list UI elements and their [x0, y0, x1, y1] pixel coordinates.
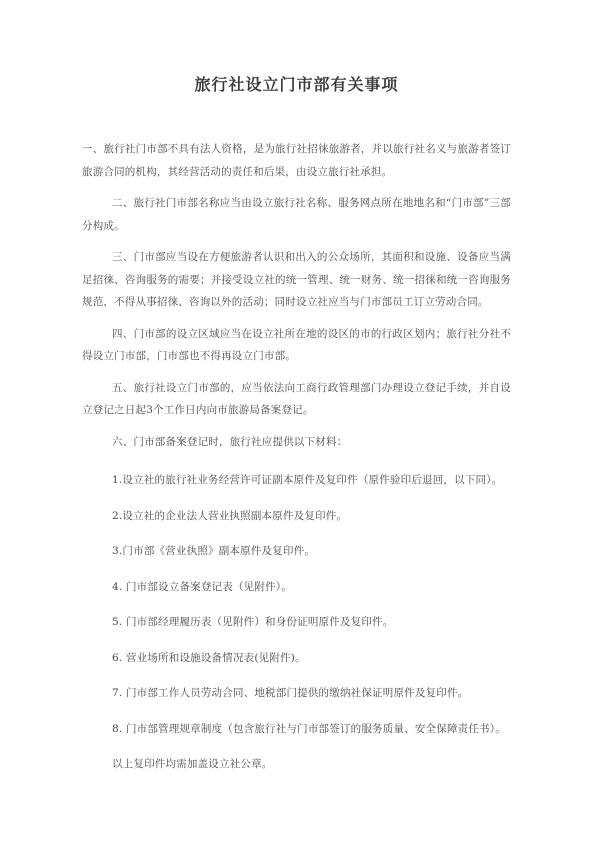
document-page: 旅行社设立门市部有关事项 一、旅行社门市部不具有法人资格，是为旅行社招徕旅游者，…: [0, 0, 595, 842]
paragraph-2: 二、旅行社门市部名称应当由设立旅行社名称、服务网点所在地地名和“门市部”三部分构…: [82, 192, 511, 237]
material-item-1: 1.设立社的旅行社业务经营许可证副本原件及复印件（原件验印后退回，以下同）。: [82, 469, 511, 492]
material-item-5: 5. 门市部经理履历表（见附件）和身份证明原件及复印件。: [82, 611, 511, 634]
material-item-7: 7. 门市部工作人员劳动合同、地税部门提供的缴纳社保证明原件及复印件。: [82, 682, 511, 705]
closing-note: 以上复印件均需加盖设立社公章。: [82, 753, 511, 776]
paragraph-4: 四、门市部的设立区域应当在设立社所在地的设区的市的行政区划内；旅行社分社不得设立…: [82, 323, 511, 368]
material-item-3: 3.门市部《营业执照》副本原件及复印件。: [82, 540, 511, 563]
document-title: 旅行社设立门市部有关事项: [82, 76, 511, 96]
document-body: 一、旅行社门市部不具有法人资格，是为旅行社招徕旅游者，并以旅行社名义与旅游者签订…: [82, 138, 511, 776]
paragraph-6: 六、门市部备案登记时，旅行社应提供以下材料：: [82, 431, 511, 454]
paragraph-3: 三、门市部应当设在方便旅游者认识和出入的公众场所，其面积和设施、设备应当满足招徕…: [82, 246, 511, 314]
paragraph-5: 五、旅行社设立门市部的，应当依法向工商行政管理部门办理设立登记手续，并自设立登记…: [82, 377, 511, 422]
material-item-2: 2.设立社的企业法人营业执照副本原件及复印件。: [82, 505, 511, 528]
material-item-8: 8. 门市部管理规章制度（包含旅行社与门市部签订的服务质量、安全保障责任书）。: [82, 718, 511, 741]
material-item-4: 4. 门市部设立备案登记表（见附件）。: [82, 576, 511, 599]
paragraph-1: 一、旅行社门市部不具有法人资格，是为旅行社招徕旅游者，并以旅行社名义与旅游者签订…: [82, 138, 511, 183]
material-item-6: 6. 营业场所和设施设备情况表(见附件)。: [82, 647, 511, 670]
